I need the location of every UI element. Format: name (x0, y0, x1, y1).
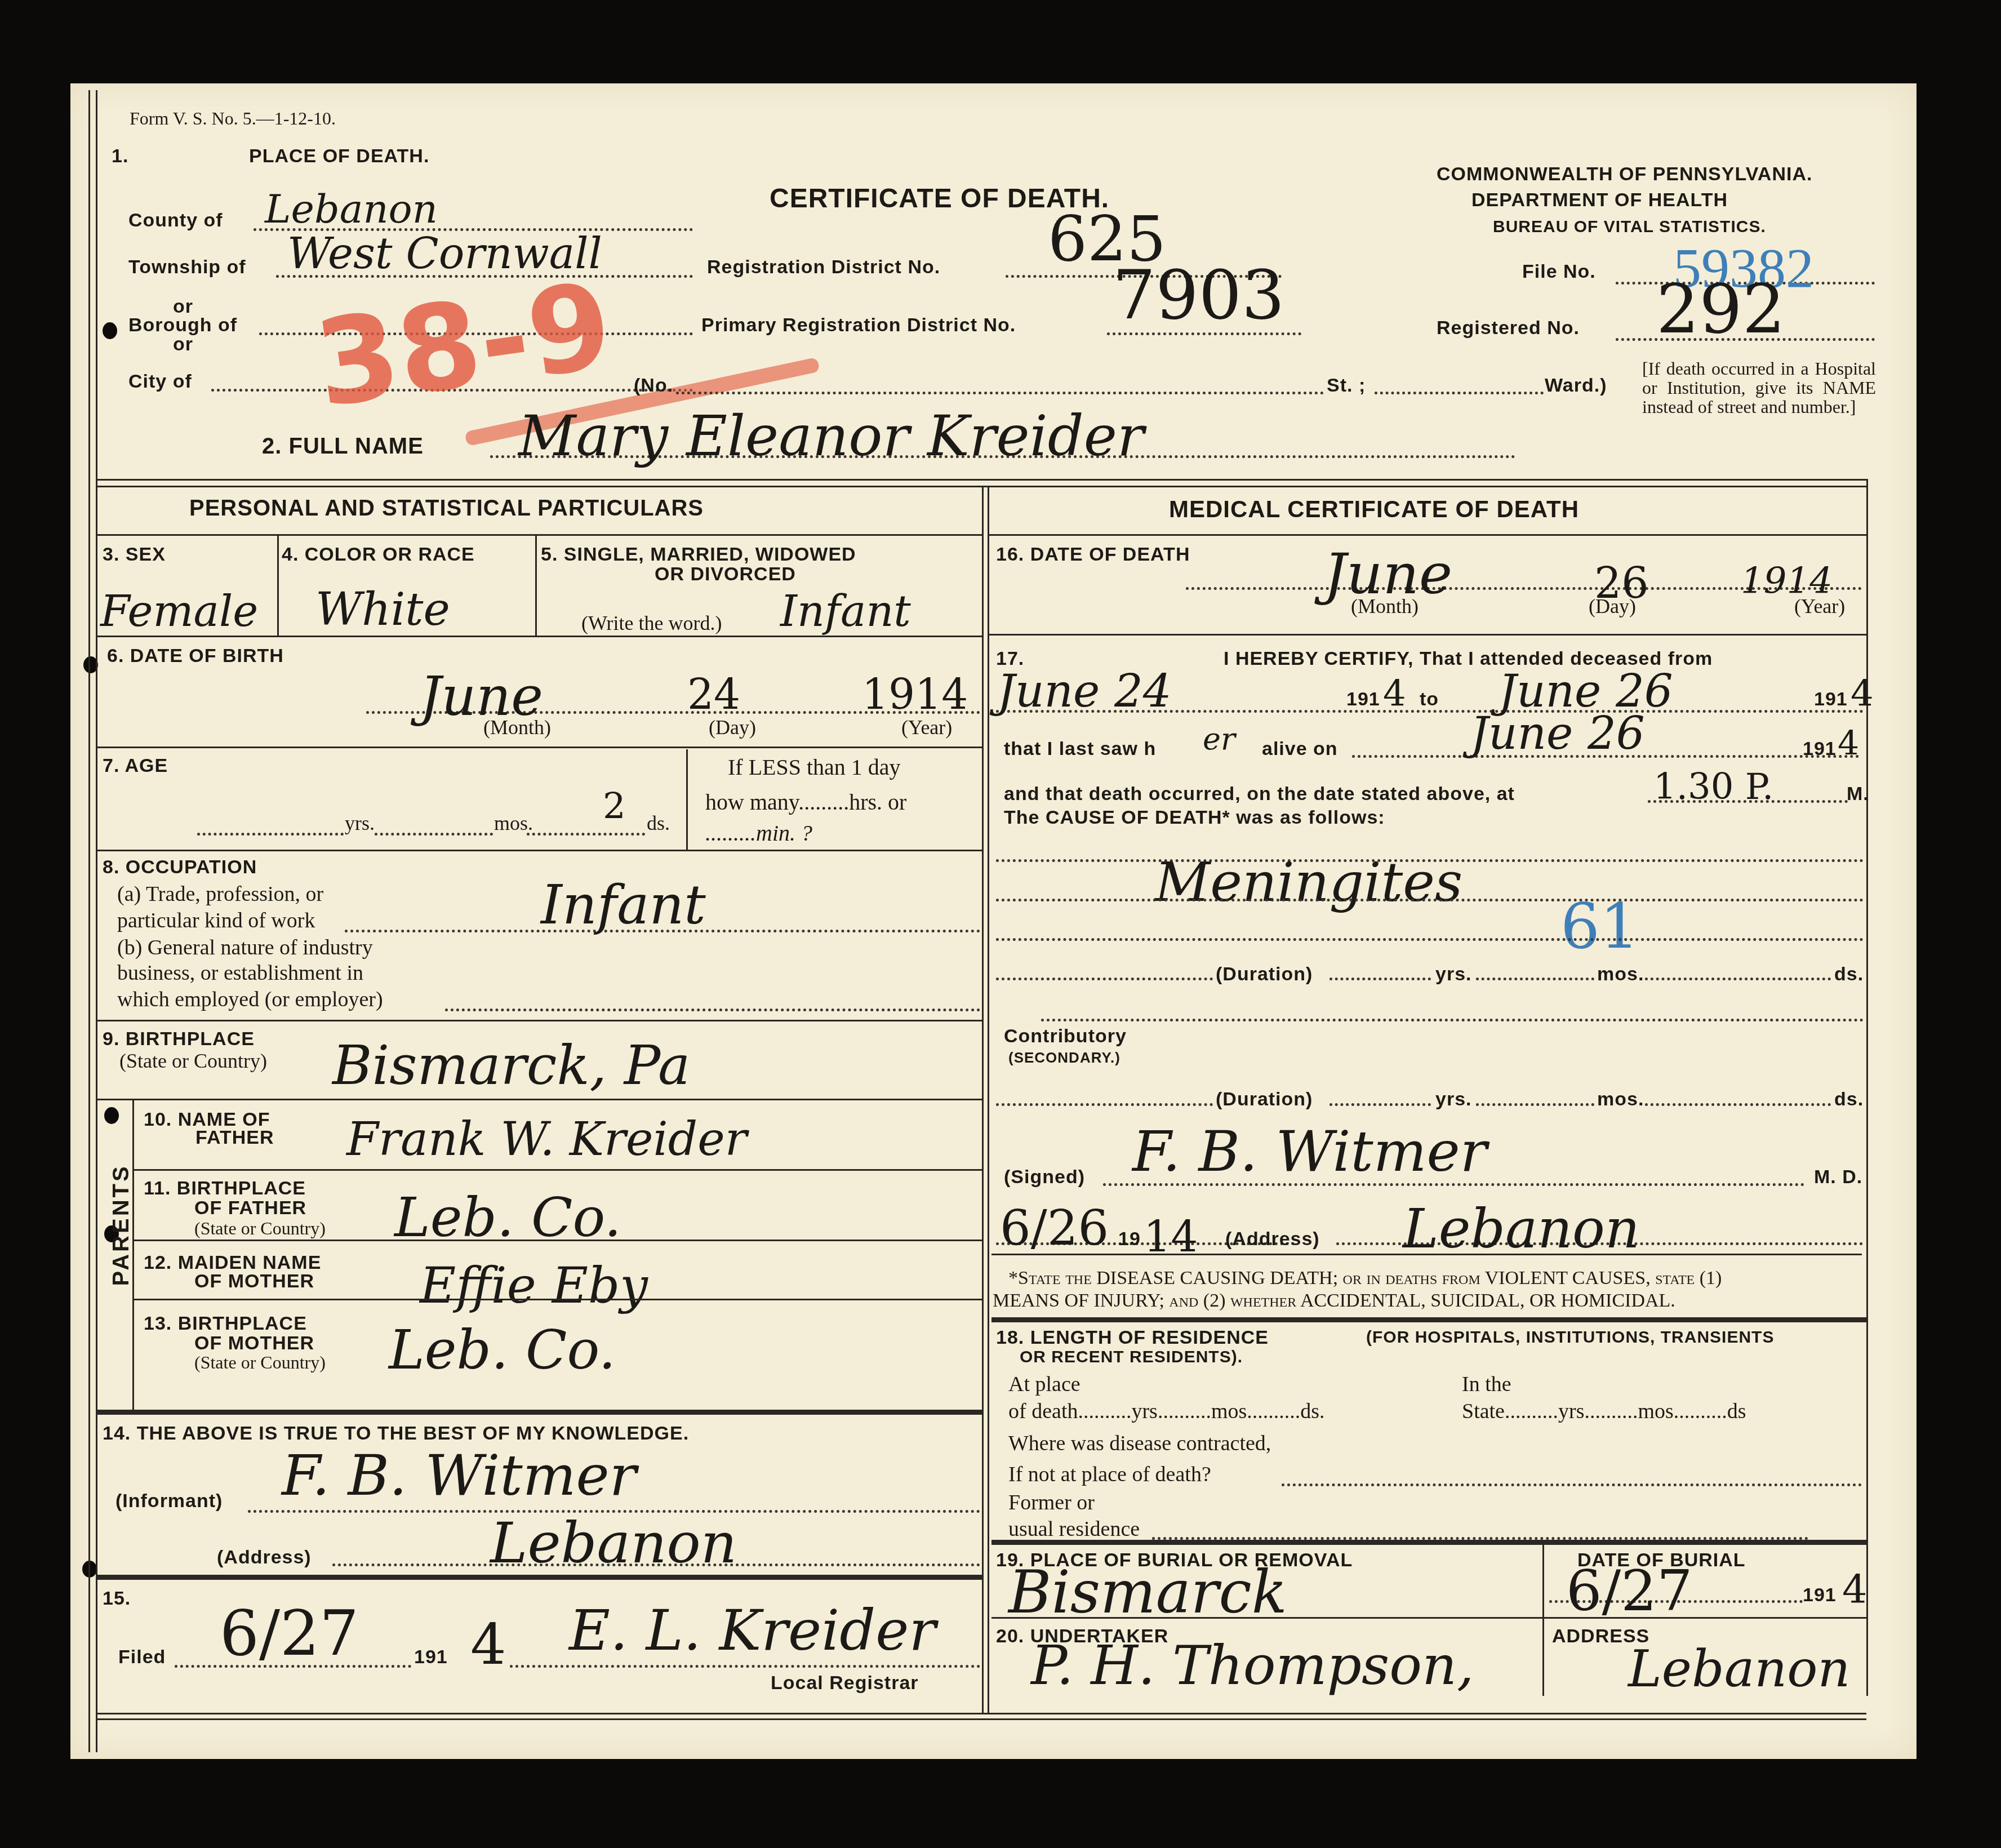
filed-label: Filed (118, 1646, 166, 1668)
occupation-a-2: particular kind of work (117, 908, 315, 933)
divider (991, 1317, 1866, 1322)
place-of-death-title: PLACE OF DEATH. (249, 145, 429, 167)
duration-mos-line[interactable] (1476, 978, 1594, 980)
contributory-label: Contributory (1004, 1025, 1127, 1047)
file-no-label: File No. (1522, 261, 1596, 283)
sex-label: 3. SEX (103, 544, 166, 566)
dob-year[interactable]: 1914 (862, 670, 968, 719)
informant-address-value[interactable]: Lebanon (490, 1510, 737, 1576)
in-state-2[interactable]: State..........yrs..........mos.........… (1462, 1399, 1746, 1424)
filed-year-suffix[interactable]: 4 (470, 1611, 506, 1677)
duration-ds-line-2[interactable] (1645, 1103, 1831, 1106)
father-label-2: FATHER (195, 1127, 274, 1149)
last-saw-prefix: that I last saw h (1004, 738, 1156, 760)
divider (134, 1240, 982, 1241)
burial-year-suffix[interactable]: 4 (1842, 1566, 1867, 1612)
or-label: or (173, 334, 193, 356)
duration-caption: (Duration) (1216, 963, 1313, 985)
attended-from[interactable]: June 24 (997, 665, 1172, 717)
death-time-value[interactable]: 1.30 P. (1653, 766, 1773, 808)
divider (686, 749, 688, 850)
divider (991, 1617, 1866, 1619)
full-name-value[interactable]: Mary Eleanor Kreider (518, 403, 1144, 469)
birthplace-value[interactable]: Bismarck, Pa (332, 1034, 690, 1097)
duration-ds-caption-2: ds. (1834, 1089, 1864, 1110)
dob-label: 6. DATE OF BIRTH (107, 645, 284, 667)
burial-column-divider (1542, 1544, 1544, 1696)
divider (96, 534, 982, 536)
right-border (1866, 479, 1868, 1696)
marital-value[interactable]: Infant (780, 586, 911, 636)
attended-to-year-suffix[interactable]: 4 (1851, 673, 1874, 715)
agency-line-3: BUREAU OF VITAL STATISTICS. (1493, 217, 1766, 237)
signed-label: (Signed) (1004, 1166, 1085, 1188)
hospital-note: [If death occurred in a Hospital or Inst… (1642, 359, 1876, 416)
county-label: County of (128, 210, 223, 232)
informant-caption: (Informant) (115, 1490, 223, 1512)
birthplace-hint: (State or Country) (119, 1049, 267, 1073)
month-caption: (Month) (483, 716, 551, 739)
duration-yrs-caption: yrs. (1435, 963, 1472, 985)
street-number-label: (No. (634, 375, 673, 397)
registrar-caption: Local Registrar (771, 1672, 919, 1694)
column-divider (988, 486, 989, 1714)
filed-date[interactable]: 6/27 (220, 1597, 359, 1669)
death-time-suffix: M. (1847, 783, 1869, 805)
duration-ds-line[interactable] (1645, 978, 1831, 980)
occupation-b-3: which employed (or employer) (117, 987, 383, 1012)
city-label: City of (128, 371, 192, 393)
burial-place-value[interactable]: Bismarck (1008, 1558, 1287, 1627)
death-time-text: and that death occurred, on the date sta… (1004, 783, 1515, 805)
divider (991, 1254, 1862, 1255)
last-saw-year-prefix: 191 (1803, 738, 1837, 760)
occupation-b-2: business, or establishment in (117, 961, 363, 985)
marital-label: 5. SINGLE, MARRIED, WIDOWED (541, 544, 856, 566)
dod-month-caption: (Month) (1351, 594, 1419, 618)
registration-district-label: Registration District No. (707, 256, 940, 278)
occupation-a-1: (a) Trade, profession, or (117, 882, 323, 907)
duration-mos-line-2[interactable] (1476, 1103, 1594, 1106)
day-caption: (Day) (709, 716, 756, 739)
divider (988, 534, 1866, 536)
burial-year-prefix: 191 (1803, 1584, 1837, 1606)
duration-mos-caption: mos. (1597, 963, 1644, 985)
to-label: to (1420, 688, 1439, 710)
residence-label: 18. LENGTH OF RESIDENCE (996, 1327, 1269, 1349)
age-mos-line[interactable] (375, 833, 493, 836)
column-divider (982, 486, 984, 1714)
last-saw-pronoun[interactable]: er (1203, 721, 1235, 757)
undertaker-address-value[interactable]: Lebanon (1628, 1640, 1850, 1699)
informant-statement: 14. THE ABOVE IS TRUE TO THE BEST OF MY … (103, 1423, 689, 1445)
residence-note-1: (FOR HOSPITALS, INSTITUTIONS, TRANSIENTS (1366, 1328, 1774, 1347)
attended-to-year-prefix: 191 (1814, 688, 1848, 710)
divider (96, 850, 982, 851)
dod-label: 16. DATE OF DEATH (996, 544, 1190, 566)
former-residence-2: usual residence (1008, 1517, 1140, 1542)
mother-value[interactable]: Effie Eby (420, 1256, 648, 1314)
divider (535, 535, 537, 636)
race-label: 4. COLOR OR RACE (282, 544, 475, 566)
age-ds-caption: ds. (647, 811, 670, 835)
where-contracted-2: If not at place of death? (1008, 1462, 1211, 1487)
at-place-2[interactable]: of death..........yrs..........mos......… (1008, 1399, 1325, 1424)
at-place-1: At place (1008, 1372, 1080, 1397)
marital-label-2: OR DIVORCED (655, 563, 796, 585)
cause-value[interactable]: Meningites (1155, 851, 1462, 914)
signed-address-label: (Address) (1225, 1228, 1320, 1250)
cause-line-2 (996, 899, 1864, 901)
signed-address-value[interactable]: Lebanon (1403, 1197, 1640, 1260)
footnote-line-1: *State the DISEASE CAUSING DEATH; or in … (1008, 1268, 1722, 1289)
birthplace-label: 9. BIRTHPLACE (103, 1028, 255, 1050)
informant-address-caption: (Address) (217, 1547, 312, 1569)
form-id: Form V. S. No. 5.—1-12-10. (130, 108, 336, 129)
attended-from-year-prefix: 191 (1346, 688, 1380, 710)
duration-caption-2: (Duration) (1216, 1089, 1313, 1110)
ward-label: Ward.) (1545, 375, 1607, 397)
former-residence-1: Former or (1008, 1490, 1095, 1515)
occupation-b-line[interactable] (445, 1009, 980, 1011)
divider (96, 636, 982, 637)
where-contracted-1: Where was disease contracted, (1008, 1431, 1271, 1456)
left-border-inner (96, 90, 97, 1752)
mother-birthplace-label-2: OF MOTHER (194, 1332, 314, 1354)
divider (96, 747, 982, 748)
divider (96, 479, 1866, 481)
occupation-value[interactable]: Infant (541, 873, 706, 936)
mother-label-2: OF MOTHER (194, 1270, 314, 1292)
registrar-line (510, 1665, 980, 1668)
less-than-day-line-1: If LESS than 1 day (728, 754, 901, 780)
mother-birthplace-hint: (State or Country) (194, 1352, 326, 1373)
dod-day-caption: (Day) (1589, 594, 1636, 618)
marital-hint: (Write the word.) (581, 611, 722, 635)
divider (134, 1299, 982, 1300)
last-saw-year-suffix[interactable]: 4 (1838, 724, 1859, 763)
mother-birthplace-label: 13. BIRTHPLACE (144, 1313, 307, 1335)
place-of-death-number: 1. (112, 145, 128, 167)
alive-on-label: alive on (1262, 738, 1338, 760)
occupation-b-1: (b) General nature of industry (117, 935, 373, 960)
age-yrs-line[interactable] (197, 833, 344, 836)
township-label: Township of (128, 256, 246, 278)
punch-hole (103, 322, 117, 339)
signed-date[interactable]: 6/26 (1000, 1200, 1109, 1256)
father-birthplace-label-2: OF FATHER (194, 1197, 306, 1219)
father-birthplace-label: 11. BIRTHPLACE (144, 1178, 306, 1200)
duration-yrs-caption-2: yrs. (1435, 1089, 1472, 1110)
duration-yrs-line-2[interactable] (1329, 1103, 1431, 1106)
divider (988, 634, 1866, 636)
divider (96, 1410, 982, 1415)
occupation-label: 8. OCCUPATION (103, 856, 257, 878)
informant-value[interactable]: F. B. Witmer (282, 1442, 636, 1508)
street-label: St. ; (1327, 375, 1366, 397)
dob-day[interactable]: 24 (687, 670, 740, 719)
duration-line[interactable] (996, 978, 1213, 980)
less-than-day-line-3: .........min. ? (705, 820, 812, 846)
burial-date-value[interactable]: 6/27 (1566, 1558, 1693, 1624)
agency-line-2: DEPARTMENT OF HEALTH (1471, 189, 1728, 211)
divider (96, 1099, 982, 1100)
divider (96, 1713, 1866, 1714)
age-yrs-caption: yrs. (345, 811, 375, 835)
ward-line[interactable] (1375, 392, 1544, 394)
less-than-day-line-2: how many.........hrs. or (705, 789, 906, 815)
undertaker-value[interactable]: P. H. Thompson, (1031, 1634, 1474, 1697)
parents-vertical-label: PARENTS (109, 1219, 134, 1286)
duration-mos-caption-2: mos. (1597, 1089, 1644, 1110)
dod-year-caption: (Year) (1794, 594, 1845, 618)
agency-line-1: COMMONWEALTH OF PENNSYLVANIA. (1437, 163, 1812, 185)
county-value[interactable]: Lebanon (265, 186, 438, 232)
duration-ds-caption: ds. (1834, 963, 1864, 985)
father-birthplace-hint: (State or Country) (194, 1218, 326, 1239)
divider (96, 1020, 982, 1021)
age-mos-caption: mos. (494, 811, 533, 835)
divider (991, 1540, 1866, 1545)
residence-note-2: OR RECENT RESIDENTS). (1020, 1348, 1243, 1367)
footnote-line-2: MEANS OF INJURY; and (2) whether ACCIDEN… (993, 1290, 1675, 1312)
contributory-line[interactable] (1041, 1019, 1864, 1021)
divider (277, 535, 279, 636)
divider (96, 1718, 1866, 1720)
divider (134, 1169, 982, 1171)
divider (96, 1575, 982, 1580)
cause-code: 61 (1560, 890, 1639, 962)
age-ds-line[interactable] (527, 833, 645, 836)
primary-registration-district-label: Primary Registration District No. (701, 314, 1016, 336)
year-caption: (Year) (901, 716, 952, 739)
signed-value[interactable]: F. B. Witmer (1132, 1118, 1487, 1184)
in-state-1: In the (1462, 1372, 1511, 1397)
filed-year-prefix: 191 (414, 1646, 448, 1668)
primary-registration-district-value[interactable]: 7903 (1113, 256, 1284, 335)
age-days-value[interactable]: 2 (603, 786, 626, 828)
mother-birthplace-value[interactable]: Leb. Co. (389, 1318, 616, 1381)
cause-label: The CAUSE OF DEATH* was as follows: (1004, 807, 1385, 829)
filed-number: 15. (103, 1588, 131, 1610)
personal-section-title: PERSONAL AND STATISTICAL PARTICULARS (189, 496, 704, 521)
registered-no-value[interactable]: 292 (1656, 270, 1785, 349)
where-contracted-line[interactable] (1282, 1483, 1862, 1486)
cause-line-3 (996, 938, 1864, 941)
secondary-label: (SECONDARY.) (1008, 1049, 1120, 1067)
street-line[interactable] (676, 392, 1324, 394)
race-value[interactable]: White (315, 583, 450, 636)
age-label: 7. AGE (103, 755, 168, 777)
medical-section-title: MEDICAL CERTIFICATE OF DEATH (1169, 496, 1579, 523)
punch-hole (104, 1107, 119, 1124)
signed-year-prefix: 19 (1118, 1228, 1141, 1250)
sex-value[interactable]: Female (100, 586, 258, 636)
divider (96, 486, 1866, 487)
full-name-label: 2. FULL NAME (262, 434, 424, 459)
duration-yrs-line[interactable] (1329, 978, 1431, 980)
registrar-signature[interactable]: E. L. Kreider (569, 1597, 936, 1663)
md-label: M. D. (1814, 1166, 1862, 1188)
father-value[interactable]: Frank W. Kreider (346, 1113, 747, 1166)
registered-no-label: Registered No. (1437, 317, 1580, 339)
left-border-outer (88, 90, 90, 1752)
last-saw-date[interactable]: June 26 (1470, 707, 1645, 759)
attended-from-year-suffix[interactable]: 4 (1383, 673, 1406, 715)
duration-line-2[interactable] (996, 1103, 1213, 1106)
